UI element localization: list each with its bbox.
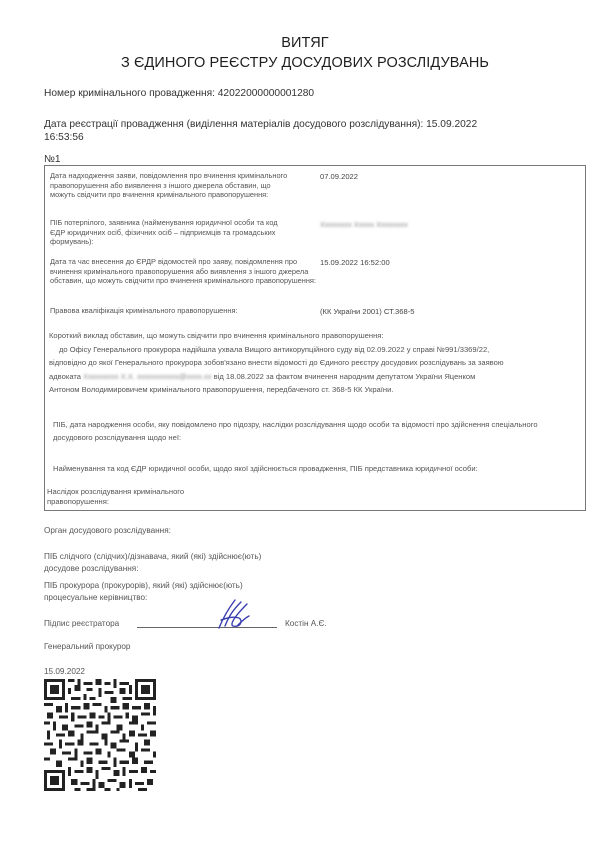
- title-line-2: З ЄДИНОГО РЕЄСТРУ ДОСУДОВИХ РОЗСЛІДУВАНЬ: [0, 55, 610, 71]
- record-table: Дата надходження заяви, повідомлення про…: [44, 165, 586, 511]
- summary-line-1: до Офісу Генерального прокурора надійшла…: [49, 343, 579, 357]
- summary-line-3: адвоката Xxxxxxxxx X.X. xxxxxxxxxxx@xxxx…: [49, 370, 579, 384]
- registrar-name: Костін А.Є.: [285, 618, 327, 630]
- row-label-legal-qualification: Правова кваліфікація кримінального право…: [50, 306, 310, 316]
- row-value-entry-datetime: 15.09.2022 16:52:00: [320, 258, 390, 267]
- row-label-receipt-date: Дата надходження заяви, повідомлення про…: [50, 171, 290, 200]
- summary-line-2: відповідно до якої Генерального прокурор…: [49, 356, 579, 370]
- row-value-legal-qualification: (КК України 2001) СТ.368-5: [320, 307, 414, 316]
- summary-line-4: Антоном Володимировичем кримінального пр…: [49, 383, 579, 397]
- prosecutor-label: ПІБ прокурора (прокурорів), який (які) з…: [44, 580, 243, 603]
- row-label-applicant: ПІБ потерпілого, заявника (найменування …: [50, 218, 290, 247]
- summary-advocate-prefix: адвоката: [49, 372, 81, 381]
- row-value-receipt-date: 07.09.2022: [320, 172, 358, 181]
- row-value-applicant-redacted: Xxxxxxxx Xxxxx Xxxxxxxx: [320, 220, 408, 229]
- case-number: Номер кримінального провадження: 4202200…: [44, 88, 314, 99]
- summary-section: Короткий виклад обставин, що можуть свід…: [49, 329, 579, 397]
- document-date: 15.09.2022: [44, 666, 85, 678]
- registration-date: Дата реєстрації провадження (виділення м…: [44, 119, 477, 130]
- suspect-info-label: ПІБ, дата народження особи, яку повідомл…: [49, 419, 579, 444]
- registration-time: 16:53:56: [44, 132, 84, 143]
- row-label-entry-datetime: Дата та час внесення до ЄРДР відомостей …: [50, 257, 322, 286]
- summary-label: Короткий виклад обставин, що можуть свід…: [49, 329, 579, 343]
- signature-line: [137, 627, 277, 628]
- investigation-result-label: Наслідок розслідування кримінального пра…: [47, 487, 577, 506]
- summary-line-3-text: від 18.08.2022 за фактом вчинення народн…: [214, 372, 476, 381]
- investigator-label: ПІБ слідчого (слідчих)/дізнавача, який (…: [44, 551, 261, 574]
- qr-code-icon: [44, 679, 156, 791]
- registrar-position: Генеральний прокурор: [44, 641, 130, 653]
- investigation-body-label: Орган досудового розслідування:: [44, 525, 171, 537]
- summary-redacted-advocate: Xxxxxxxxx X.X. xxxxxxxxxxx@xxxx.xx: [83, 372, 211, 381]
- entry-number: №1: [44, 154, 61, 165]
- signature-icon: [215, 596, 255, 632]
- title-line-1: ВИТЯГ: [0, 35, 610, 51]
- signature-label: Підпис реєстратора: [44, 618, 119, 630]
- legal-entity-label: Найменування та код ЄДР юридичної особи,…: [49, 462, 579, 476]
